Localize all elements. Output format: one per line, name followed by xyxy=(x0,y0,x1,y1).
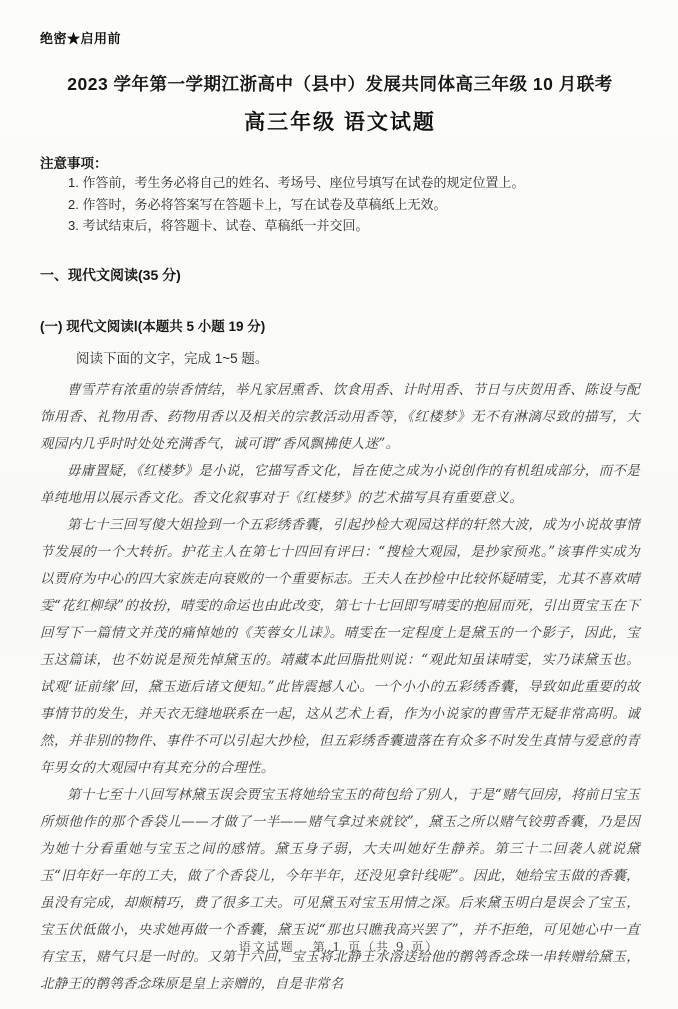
notice-item: 3. 考试结束后，将答题卡、试卷、草稿纸一并交回。 xyxy=(40,215,640,237)
exam-title: 2023 学年第一学期江浙高中（县中）发展共同体高三年级 10 月联考 xyxy=(40,71,640,96)
exam-paper-page: 绝密★启用前 2023 学年第一学期江浙高中（县中）发展共同体高三年级 10 月… xyxy=(0,0,678,1009)
section-heading: 一、现代文阅读(35 分) xyxy=(40,265,640,285)
reading-passage: 曹雪芹有浓重的崇香情结，举凡家居熏香、饮食用香、计时用香、节日与庆贺用香、陈设与… xyxy=(40,377,640,998)
notice-item: 1. 作答前，考生务必将自己的姓名、考场号、座位号填写在试卷的规定位置上。 xyxy=(40,172,640,194)
footer-doc-label: 语文试题 xyxy=(239,940,295,954)
reading-instruction: 阅读下面的文字，完成 1~5 题。 xyxy=(40,347,640,367)
part-heading: (一) 现代文阅读Ⅰ(本题共 5 小题 19 分) xyxy=(40,315,640,335)
classification-label: 绝密★启用前 xyxy=(40,28,640,47)
passage-paragraph: 毋庸置疑，《红楼梦》是小说，它描写香文化，旨在使之成为小说创作的有机组成部分，而… xyxy=(40,458,640,512)
passage-paragraph: 曹雪芹有浓重的崇香情结，举凡家居熏香、饮食用香、计时用香、节日与庆贺用香、陈设与… xyxy=(40,377,640,458)
footer-page-info: 第 1 页（共 9 页） xyxy=(313,940,440,954)
notice-heading: 注意事项： xyxy=(40,152,640,172)
passage-paragraph: 第十七至十八回写林黛玉误会贾宝玉将她给宝玉的荷包给了别人，于是“赌气回房，将前日… xyxy=(40,782,640,998)
passage-paragraph: 第七十三回写傻大姐捡到一个五彩绣香囊，引起抄检大观园这样的轩然大波，成为小说故事… xyxy=(40,512,640,782)
exam-subtitle: 高三年级 语文试题 xyxy=(40,106,640,136)
notice-section: 注意事项： 1. 作答前，考生务必将自己的姓名、考场号、座位号填写在试卷的规定位… xyxy=(40,152,640,237)
notice-item: 2. 作答时，务必将答案写在答题卡上，写在试卷及草稿纸上无效。 xyxy=(40,194,640,216)
page-footer: 语文试题第 1 页（共 9 页） xyxy=(0,938,678,955)
